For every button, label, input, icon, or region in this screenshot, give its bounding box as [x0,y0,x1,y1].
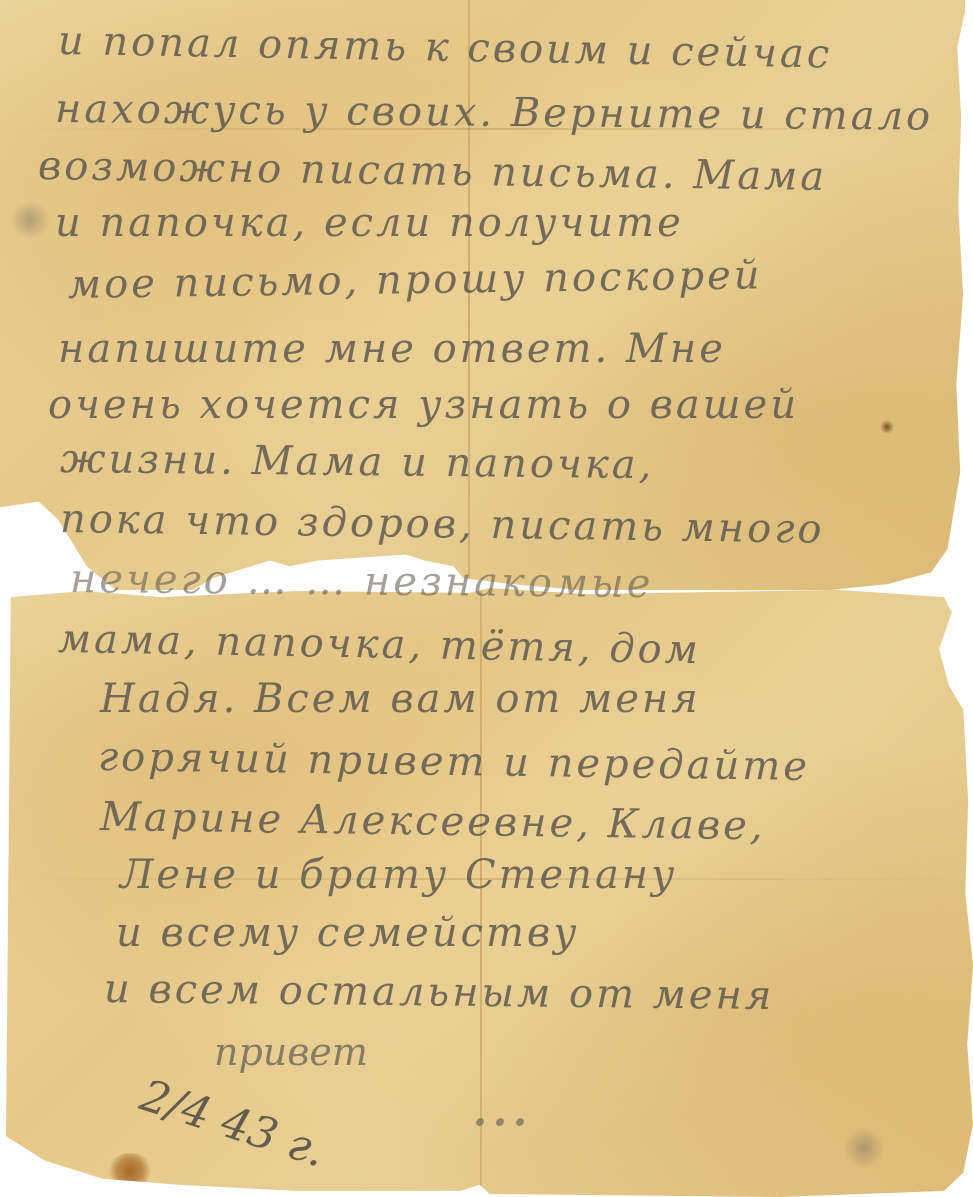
letter-line: Лене и брату Степану [120,852,677,898]
letter-line-torn: нечего … … незнакомые [70,556,654,607]
graphite-smudge [844,1128,884,1168]
letter-line: жизни. Мама и папочка, [60,436,655,488]
letter-line: Марине Алексеевне, Клаве, [100,794,766,849]
letter-line: и папочка, если получите [55,200,684,246]
letter-line: нахожусь у своих. Верните и стало [55,86,934,140]
letter-line: мое письмо, прошу поскорей [68,252,763,308]
closing-word: привет [214,1030,368,1074]
signature: … [470,1070,530,1140]
paper-smudge [10,200,50,240]
rust-stain [108,1153,152,1189]
letter-line: и всему семейству [116,910,579,956]
letter-line: и всем остальным от меня [104,966,775,1019]
scanned-letter-page: и попал опять к своим и сейчас нахожусь … [0,0,973,1197]
ink-dot [880,420,894,434]
letter-line: напишите мне ответ. Мне [58,326,726,372]
letter-line: очень хочется узнать о вашей [48,382,799,428]
letter-line: Надя. Всем вам от меня [100,676,701,722]
